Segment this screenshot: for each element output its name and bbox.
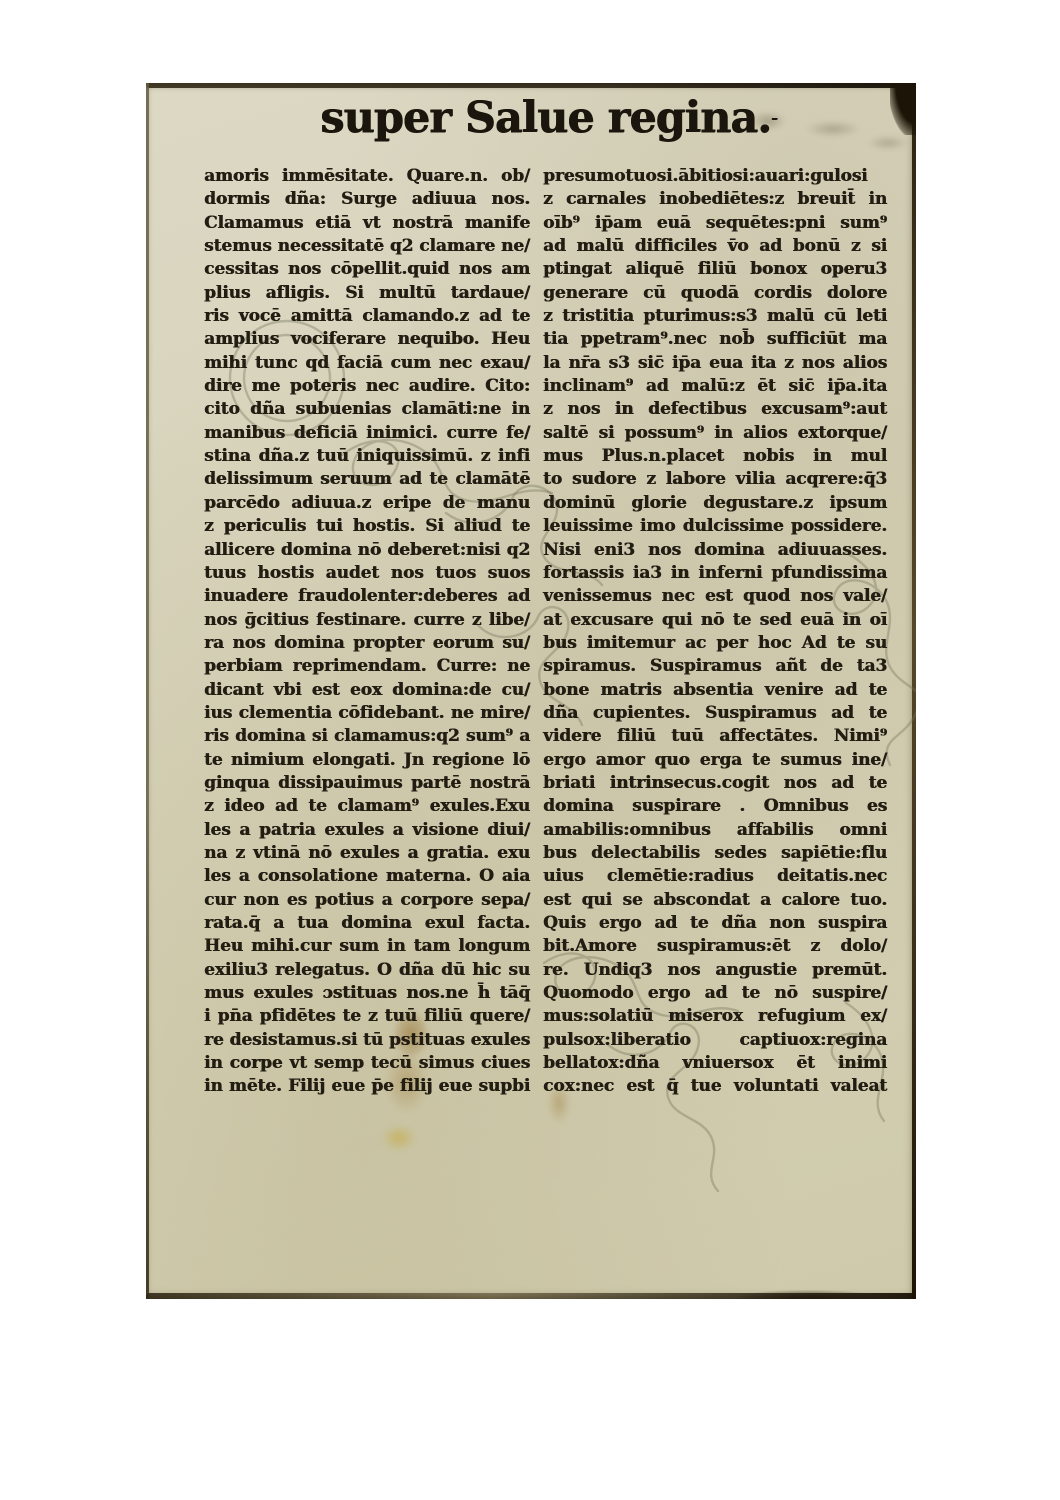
- text-line: amabilis:omnibus affabilis omni: [543, 819, 887, 842]
- text-line: i pn̄a pfidētes te z tuū filiū quere/: [204, 1005, 530, 1028]
- text-line: fortassis ia3 in inferni pfundissima: [543, 562, 887, 585]
- text-line: ginqua dissipauimus partē nostrā: [204, 772, 530, 795]
- text-line: re. Undiq3 nos angustie premūt.: [543, 959, 887, 982]
- text-line: stina dña.z tuū iniquissimū. z infi: [204, 445, 530, 468]
- text-line: amoris immēsitate. Quare.n. ob/: [204, 165, 530, 188]
- text-line: bellatox:dña vniuersox ēt inimi: [543, 1052, 887, 1075]
- text-line: pulsox:liberatio captiuox:regina: [543, 1029, 887, 1052]
- text-line: dominū glorie degustare.z ipsum: [543, 492, 887, 515]
- text-line: oīb⁹ ip̄am euā sequētes:pni sum⁹: [543, 212, 887, 235]
- book-page: super Salue regina.- amoris immēsitate. …: [146, 83, 916, 1299]
- text-line: inuadere fraudolenter:deberes ad: [204, 585, 530, 608]
- text-line: ra nos domina propter eorum su/: [204, 632, 530, 655]
- text-line: ris vocē amittā clamando.z ad te: [204, 305, 530, 328]
- text-line: bone matris absentia venire ad te: [543, 679, 887, 702]
- text-column-left: amoris immēsitate. Quare.n. ob/dormis dñ…: [204, 165, 530, 1099]
- text-line: amplius vociferare nequibo. Heu: [204, 328, 530, 351]
- text-line: cito dña subuenias clamāti:ne in: [204, 398, 530, 421]
- running-title: super Salue regina.-: [314, 93, 784, 143]
- text-line: mihi tunc qd faciā cum nec exau/: [204, 352, 530, 375]
- text-line: uius clemētie:radius deitatis.nec: [543, 865, 887, 888]
- text-line: mus Plus.n.placet nobis in mul: [543, 445, 887, 468]
- text-line: ptingat aliquē filiū bonox operu3: [543, 258, 887, 281]
- text-line: Clamamus etiā vt nostrā manife: [204, 212, 530, 235]
- text-line: ris domina si clamamus:q2 sum⁹ a: [204, 725, 530, 748]
- text-line: la nr̄a s3 sic̄ ip̄a eua ita z nos alios: [543, 352, 887, 375]
- text-line: rata.q̄ a tua domina exul facta.: [204, 912, 530, 935]
- text-line: to sudore z labore vilia acqrere:q̄3: [543, 468, 887, 491]
- text-line: inclinam⁹ ad malū:z ēt sic̄ ip̄a.ita: [543, 375, 887, 398]
- running-title-mark: -: [771, 105, 778, 129]
- text-line: ad malū difficiles v̄o ad bonū z si: [543, 235, 887, 258]
- text-column-right: presumotuosi.ābitiosi:auari:gulosiz carn…: [543, 165, 887, 1099]
- yellow-stain: [382, 1125, 416, 1151]
- text-line: nos ḡcitius festinare. curre z libe/: [204, 609, 530, 632]
- text-line: in mēte. Filij eue p̄e filij eue supbi: [204, 1075, 530, 1098]
- text-line: les a consolatione materna. O aia: [204, 865, 530, 888]
- text-line: Nisi eni3 nos domina adiuuasses.: [543, 539, 887, 562]
- text-line: mus exules ɔstituas nos.ne h̄ tāq̄: [204, 982, 530, 1005]
- text-line: re desistamus.si tū pstituas exules: [204, 1029, 530, 1052]
- page-edge-top: [146, 83, 916, 88]
- text-line: te nimium elongati. Jn regione lō: [204, 749, 530, 772]
- text-line: leuissime imo dulcissime possidere.: [543, 515, 887, 538]
- text-line: briati intrinsecus.cogit nos ad te: [543, 772, 887, 795]
- text-line: perbiam reprimendam. Curre: ne: [204, 655, 530, 678]
- text-line: cur non es potius a corpore sepa/: [204, 889, 530, 912]
- text-line: z tristitia pturimus:s3 malū cū leti: [543, 305, 887, 328]
- page-edge-left: [146, 83, 149, 1299]
- text-line: z carnales inobediētes:z breuit̄ in: [543, 188, 887, 211]
- text-line: plius afligis. Si multū tardaue/: [204, 282, 530, 305]
- text-line: tia ppetram⁹.nec nob̄ sufficiūt ma: [543, 328, 887, 351]
- text-line: stemus necessitatē q2 clamare ne/: [204, 235, 530, 258]
- text-line: Heu mihi.cur sum in tam longum: [204, 935, 530, 958]
- text-line: parcēdo adiuua.z eripe de manu: [204, 492, 530, 515]
- text-line: dormis dña: Surge adiuua nos.: [204, 188, 530, 211]
- text-line: saltē si possum⁹ in alios extorque/: [543, 422, 887, 445]
- text-line: z periculis tui hostis. Si aliud te: [204, 515, 530, 538]
- text-line: videre filiū tuū affectātes. Nimi⁹: [543, 725, 887, 748]
- text-line: Quis ergo ad te dña non suspira: [543, 912, 887, 935]
- text-line: presumotuosi.ābitiosi:auari:gulosi: [543, 165, 887, 188]
- text-line: generare cū quodā cordis dolore: [543, 282, 887, 305]
- text-line: Quomodo ergo ad te nō suspire/: [543, 982, 887, 1005]
- text-line: dña cupientes. Suspiramus ad te: [543, 702, 887, 725]
- text-line: tuus hostis audet nos tuos suos: [204, 562, 530, 585]
- text-line: dire me poteris nec audire. Cito:: [204, 375, 530, 398]
- text-line: ergo amor quo erga te sumus ine/: [543, 749, 887, 772]
- text-line: in corpe vt semp tecū simus ciues: [204, 1052, 530, 1075]
- text-line: exiliu3 relegatus. O dña dū hic su: [204, 959, 530, 982]
- running-title-text: super Salue regina.: [320, 93, 771, 143]
- text-line: cox:nec est q̄ tue voluntati valeat: [543, 1075, 887, 1098]
- text-line: manibus deficiā inimici. curre fe/: [204, 422, 530, 445]
- text-line: bus imitemur ac per hoc Ad te su: [543, 632, 887, 655]
- text-line: bit.Amore suspiramus:ēt z dolo/: [543, 935, 887, 958]
- text-line: at excusare qui nō te sed euā in oī: [543, 609, 887, 632]
- text-line: cessitas nos cōpellit.quid nos am: [204, 258, 530, 281]
- text-line: est qui se abscondat a calore tuo.: [543, 889, 887, 912]
- text-line: allicere domina nō deberet:nisi q2: [204, 539, 530, 562]
- text-line: z ideo ad te clamam⁹ exules.Exu: [204, 795, 530, 818]
- text-line: z nos in defectibus excusam⁹:aut: [543, 398, 887, 421]
- text-line: venissemus nec est quod nos vale/: [543, 585, 887, 608]
- text-line: bus delectabilis sedes sapiētie:flu: [543, 842, 887, 865]
- text-line: mus:solatiū miserox refugium ex/: [543, 1005, 887, 1028]
- text-line: delissimum seruum ad te clamātē: [204, 468, 530, 491]
- text-line: na z vtinā nō exules a gratia. exu: [204, 842, 530, 865]
- text-line: dicant vbi est eox domina:de cu/: [204, 679, 530, 702]
- text-line: spiramus. Suspiramus añt de ta3: [543, 655, 887, 678]
- text-line: domina suspirare . Omnibus es: [543, 795, 887, 818]
- text-line: les a patria exules a visione diui/: [204, 819, 530, 842]
- page-corner-shadow: [738, 1290, 878, 1299]
- page-edge-right: [912, 83, 916, 1299]
- text-line: ius clementia cōfidebant. ne mire/: [204, 702, 530, 725]
- scan-canvas: super Salue regina.- amoris immēsitate. …: [0, 0, 1060, 1500]
